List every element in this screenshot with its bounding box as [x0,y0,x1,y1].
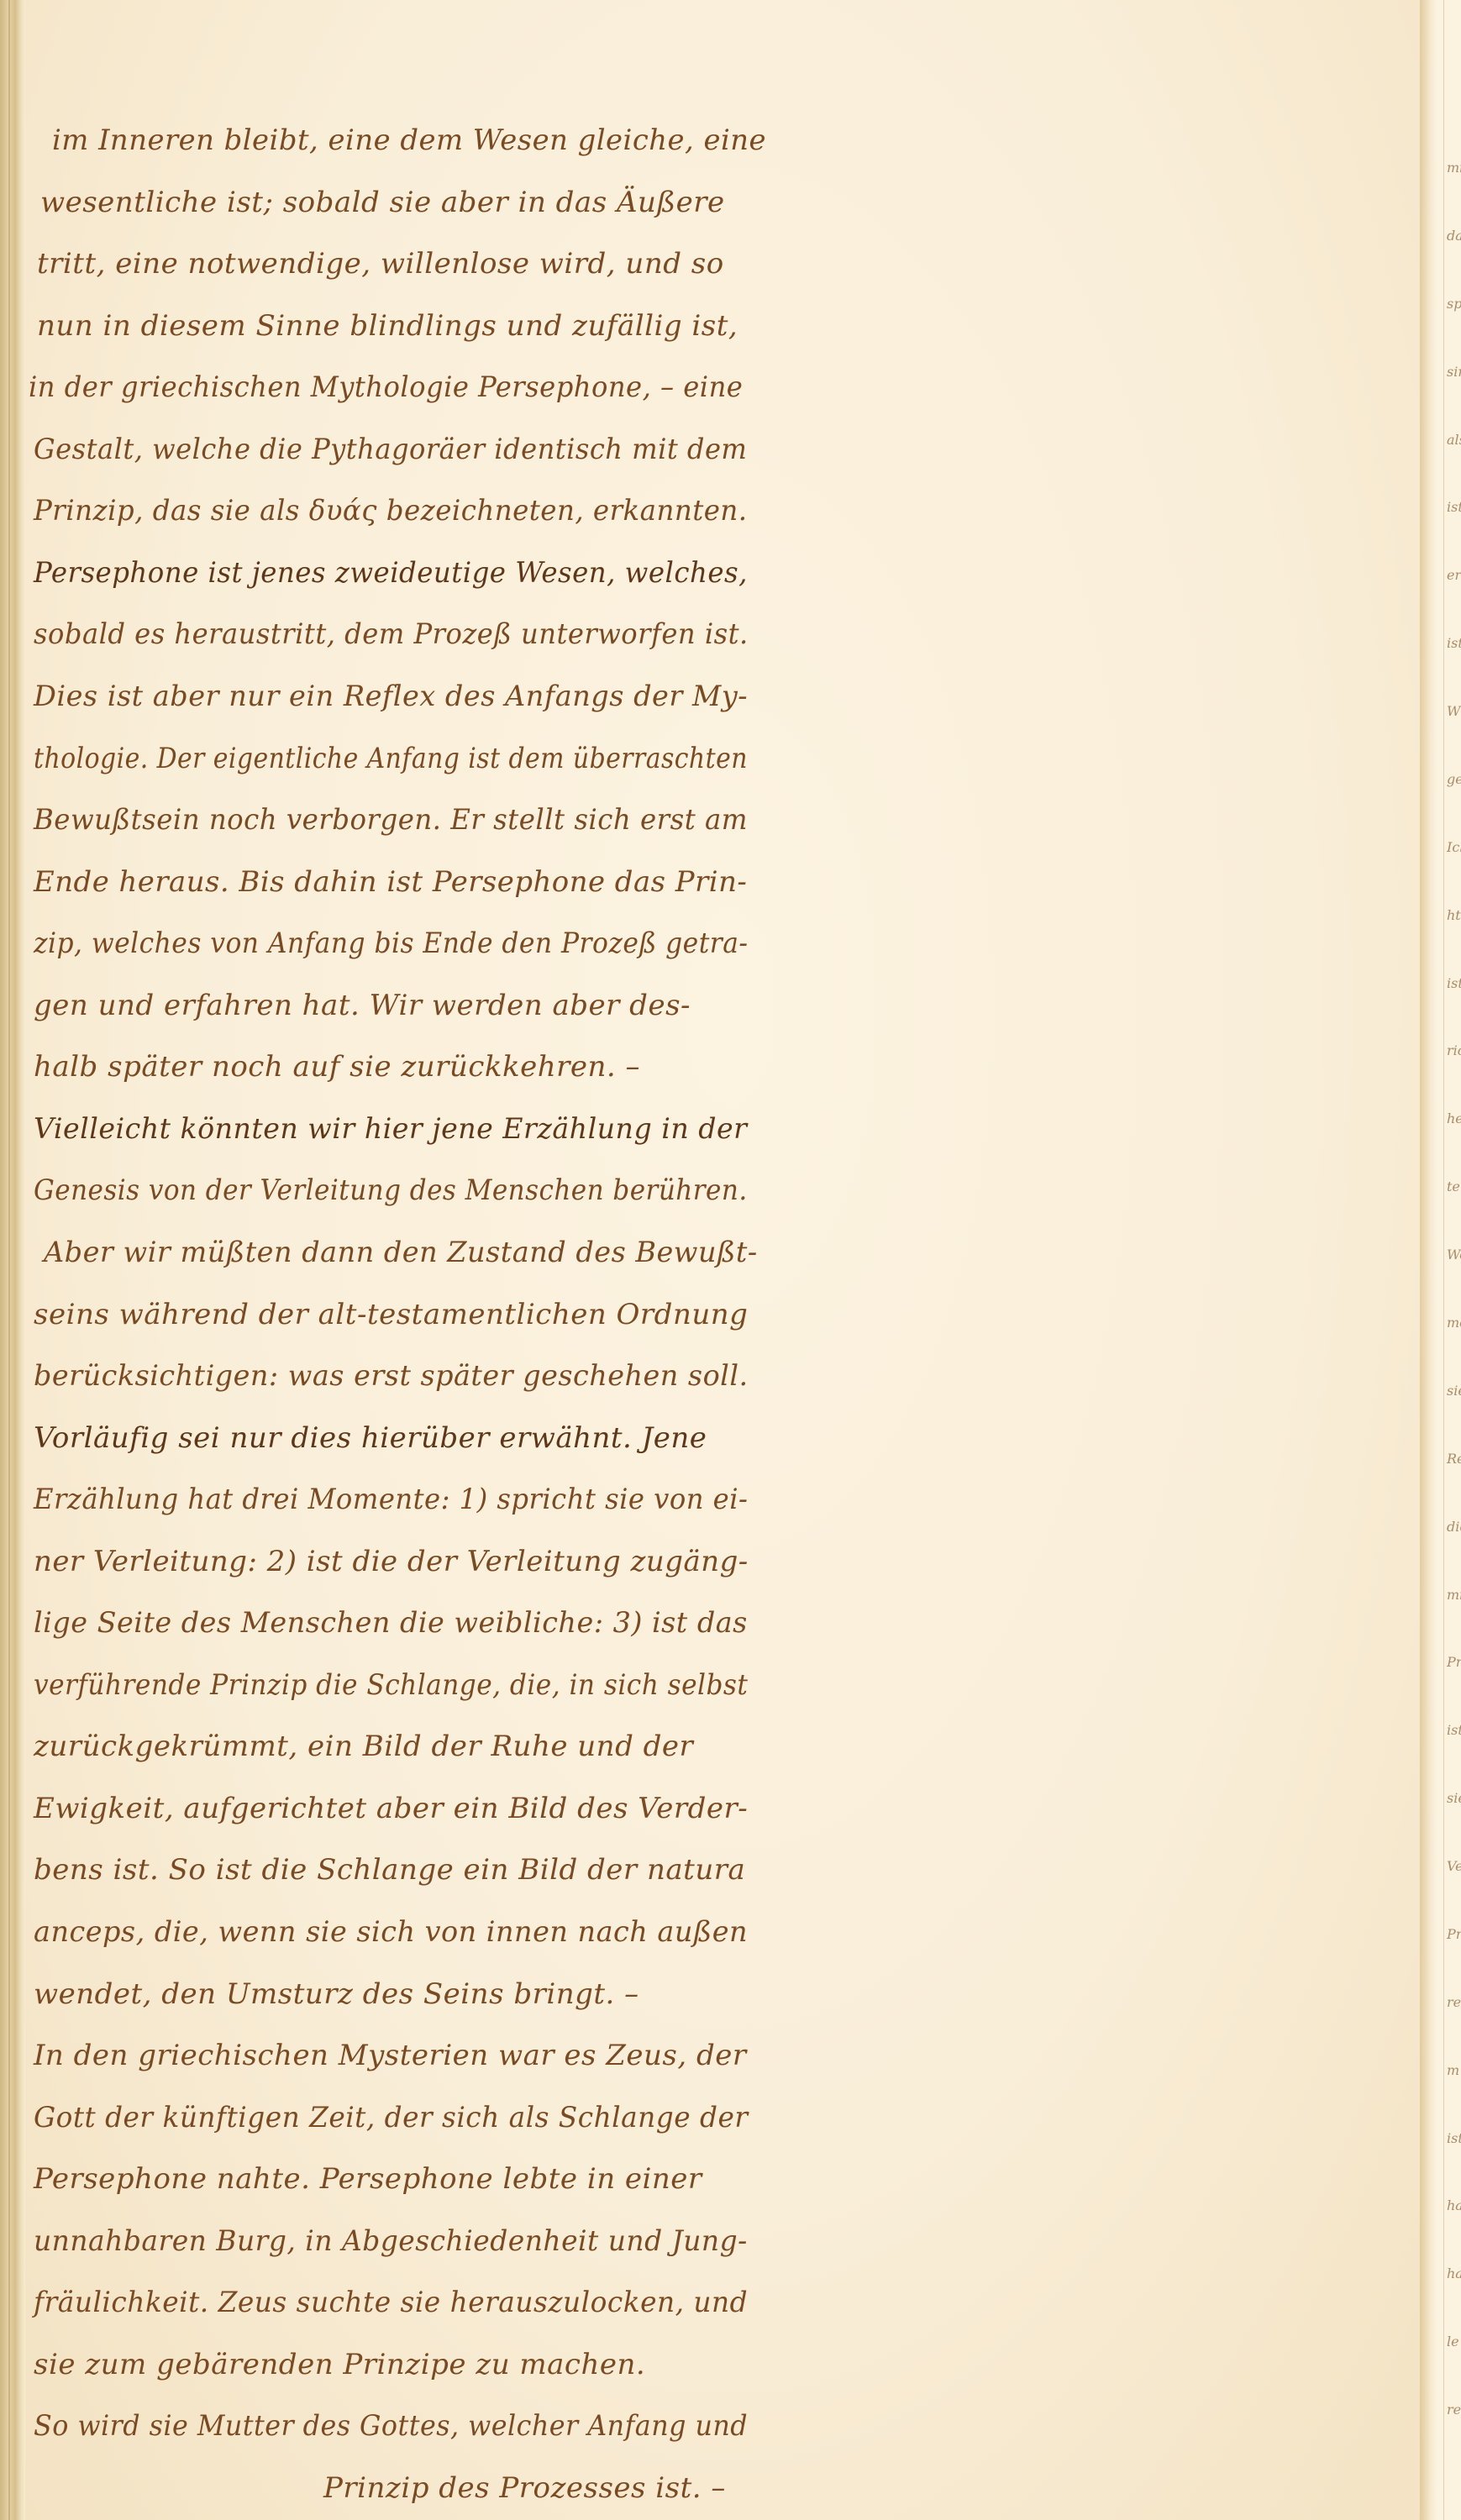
manuscript-line: Gott der künftigen Zeit, der sich als Sc… [34,2103,748,2132]
manuscript-line: Ende heraus. Bis dahin ist Persephone da… [34,868,747,896]
manuscript-line: verführende Prinzip die Schlange, die, i… [34,1671,748,1699]
manuscript-line: unnahbaren Burg, in Abgeschiedenheit und… [34,2227,748,2255]
manuscript-line: Bewußtsein noch verborgen. Er stellt sic… [34,806,748,834]
manuscript-line: Genesis von der Verleitung des Menschen … [34,1176,748,1205]
manuscript-line: fräulichkeit. Zeus suchte sie herauszulo… [34,2288,748,2317]
manuscript-line: Prinzip, das sie als δυάς bezeichneten, … [34,496,748,525]
manuscript-line: Dies ist aber nur ein Reflex des Anfangs… [34,682,748,711]
manuscript-line: sobald es heraustritt, dem Prozeß unterw… [34,620,749,648]
manuscript-line: seins während der alt-testamentlichen Or… [34,1300,748,1329]
manuscript-line: So wird sie Mutter des Gottes, welcher A… [34,2412,748,2440]
manuscript-line: wendet, den Umsturz des Seins bringt. – [34,1980,639,2008]
manuscript-line: tritt, eine notwendige, willenlose wird,… [37,249,724,278]
manuscript-line: sie zum gebärenden Prinzipe zu machen. [34,2350,645,2379]
manuscript-line: Persephone ist jenes zweideutige Wesen, … [34,559,748,587]
manuscript-line: Persephone nahte. Persephone lebte in ei… [34,2165,702,2193]
manuscript-line: zurückgekrümmt, ein Bild der Ruhe und de… [34,1732,693,1761]
manuscript-line: Prinzip des Prozesses ist. – [323,2474,726,2502]
manuscript-line: wesentliche ist; sobald sie aber in das … [40,188,725,217]
manuscript-line: zip, welches von Anfang bis Ende den Pro… [34,929,748,958]
manuscript-line: gen und erfahren hat. Wir werden aber de… [34,991,691,1020]
manuscript-line: Erzählung hat drei Momente: 1) spricht s… [34,1485,748,1514]
manuscript-line: in der griechischen Mythologie Persephon… [29,373,743,402]
manuscript-line: Vielleicht könnten wir hier jene Erzählu… [34,1115,748,1143]
manuscript-line: Ewigkeit, aufgerichtet aber ein Bild des… [34,1794,748,1823]
manuscript-line: Vorläufig sei nur dies hierüber erwähnt.… [34,1424,707,1452]
manuscript-page: mirdasspringtsind,alsister,erstistWirklg… [0,0,1461,2520]
manuscript-line: anceps, die, wenn sie sich von innen nac… [34,1918,748,1946]
manuscript-text: im Inneren bleibt, eine dem Wesen gleich… [0,0,1461,2520]
manuscript-line: bens ist. So ist die Schlange ein Bild d… [34,1856,745,1884]
manuscript-line: nun in diesem Sinne blindlings und zufäl… [37,312,738,340]
manuscript-line: thologie. Der eigentliche Anfang ist dem… [34,744,748,773]
manuscript-line: im Inneren bleibt, eine dem Wesen gleich… [52,126,766,155]
manuscript-line: In den griechischen Mysterien war es Zeu… [34,2041,747,2070]
manuscript-line: Gestalt, welche die Pythagoräer identisc… [34,435,747,464]
manuscript-line: Aber wir müßten dann den Zustand des Bew… [44,1238,758,1267]
manuscript-line: ner Verleitung: 2) ist die der Verleitun… [34,1547,749,1576]
manuscript-line: lige Seite des Menschen die weibliche: 3… [34,1609,748,1637]
manuscript-line: berücksichtigen: was erst später gescheh… [34,1362,749,1390]
manuscript-line: halb später noch auf sie zurückkehren. – [34,1053,640,1081]
